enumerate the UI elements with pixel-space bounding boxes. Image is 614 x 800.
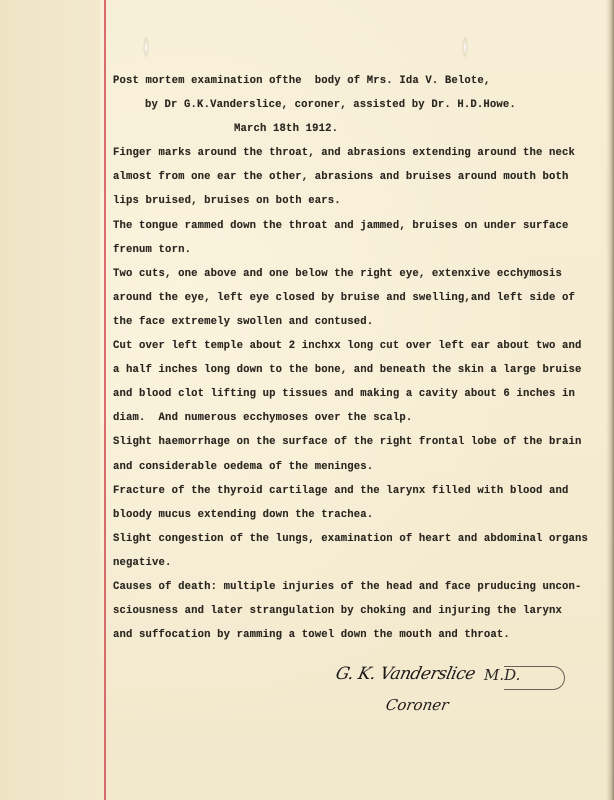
body-line: diam. And numerous ecchymoses over the s… — [113, 406, 583, 430]
body-line: Finger marks around the throat, and abra… — [113, 141, 583, 165]
body-line: a half inches long down to the bone, and… — [113, 358, 583, 382]
body-line: frenum torn. — [113, 238, 583, 262]
report-title: Post mortem examination ofthe body of Mr… — [113, 69, 583, 93]
body-line: Causes of death: multiple injuries of th… — [113, 575, 583, 599]
document-page: Post mortem examination ofthe body of Mr… — [0, 0, 614, 800]
handwritten-signature: G. K. Vanderslice M.D. Coroner — [336, 664, 566, 744]
body-line: Fracture of the thyroid cartilage and th… — [113, 479, 583, 503]
typed-report: Post mortem examination ofthe body of Mr… — [113, 69, 583, 647]
body-line: bloody mucus extending down the trachea. — [113, 503, 583, 527]
body-line: Slight haemorrhage on the surface of the… — [113, 430, 583, 454]
body-line: negative. — [113, 551, 583, 575]
staple-hole-right — [462, 36, 468, 58]
signature-title: Coroner — [384, 696, 450, 714]
body-line: and blood clot lifting up tissues and ma… — [113, 382, 583, 406]
page-edge-shadow — [606, 0, 614, 800]
red-margin-rule — [104, 0, 106, 800]
body-line: and considerable oedema of the meninges. — [113, 455, 583, 479]
body-line: The tongue rammed down the throat and ja… — [113, 214, 583, 238]
report-date: March 18th 1912. — [113, 117, 583, 141]
body-line: almost from one ear the other, abrasions… — [113, 165, 583, 189]
signature-flourish — [504, 666, 565, 690]
signature-name: G. K. Vanderslice — [334, 664, 477, 684]
body-line: the face extremely swollen and contused. — [113, 310, 583, 334]
body-line: Slight congestion of the lungs, examinat… — [113, 527, 583, 551]
body-line: Cut over left temple about 2 inchxx long… — [113, 334, 583, 358]
body-line: and suffocation by ramming a towel down … — [113, 623, 583, 647]
staple-hole-left — [143, 36, 149, 58]
body-line: Two cuts, one above and one below the ri… — [113, 262, 583, 286]
body-line: sciousness and later strangulation by ch… — [113, 599, 583, 623]
left-margin-strip — [0, 0, 100, 800]
report-by-line: by Dr G.K.Vanderslice, coroner, assisted… — [113, 93, 583, 117]
body-line: around the eye, left eye closed by bruis… — [113, 286, 583, 310]
body-line: lips bruised, bruises on both ears. — [113, 189, 583, 213]
